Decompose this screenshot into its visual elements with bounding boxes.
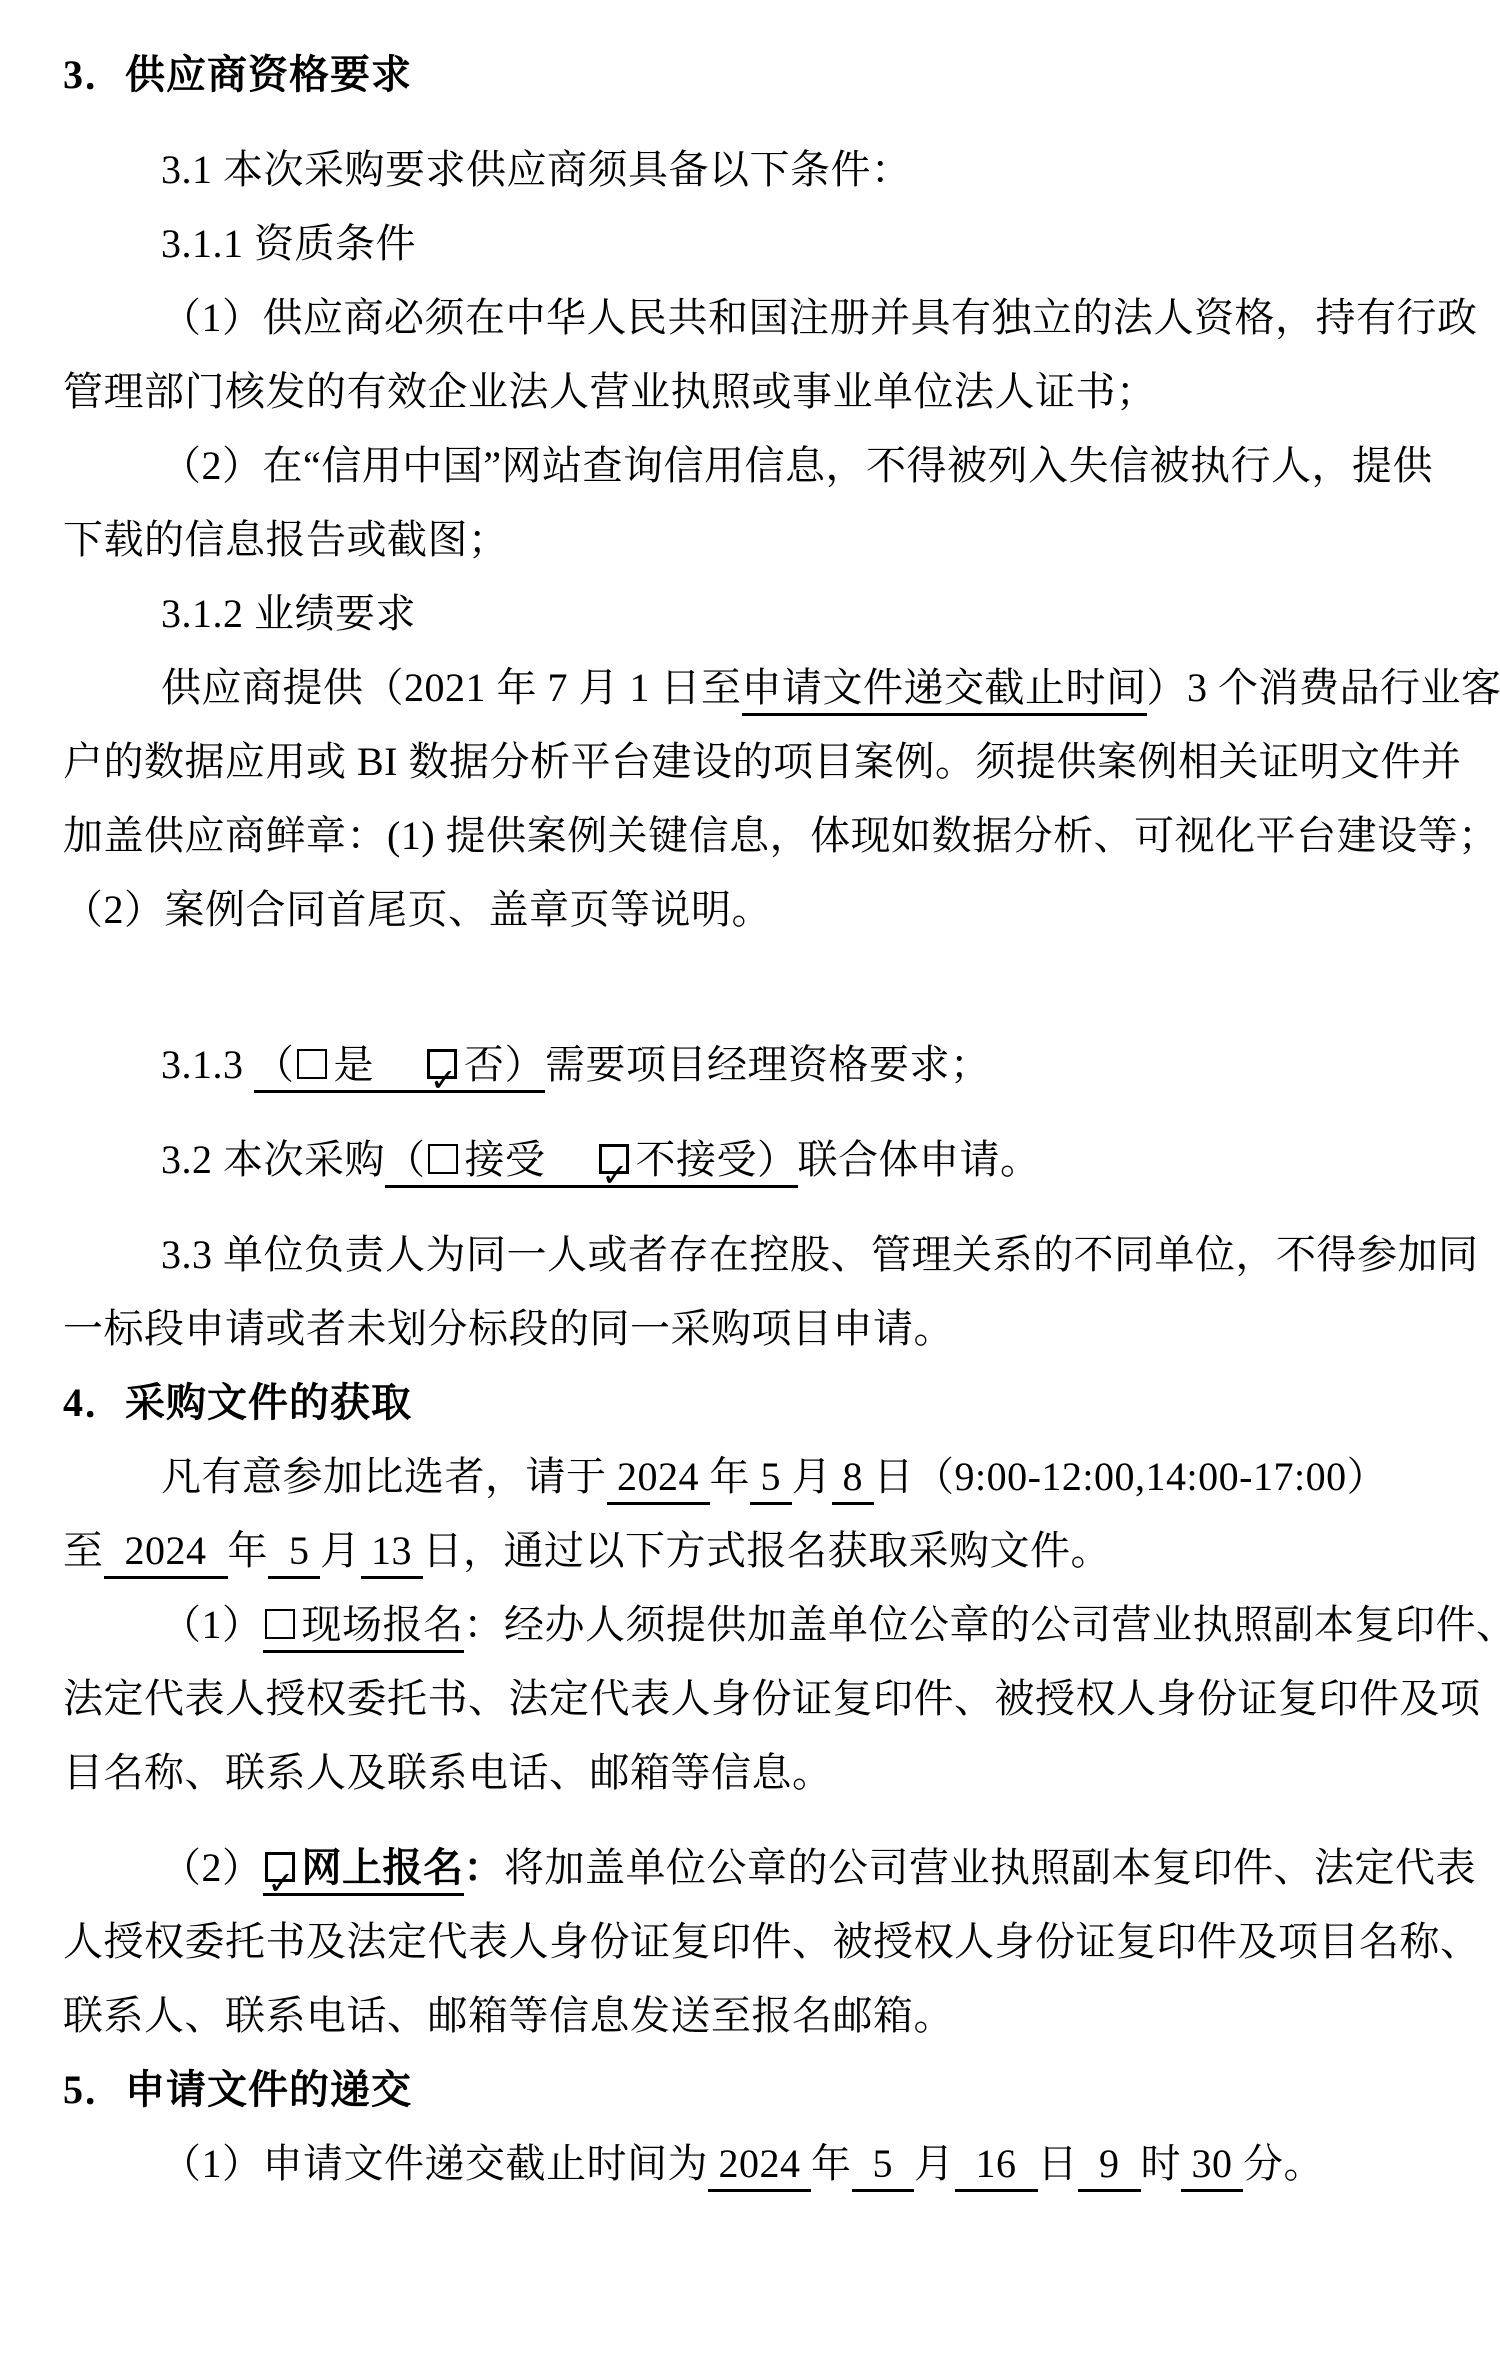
registration-start-month: 5	[750, 1454, 792, 1505]
onsite-registration-checkbox	[263, 1602, 302, 1653]
text-segment: 年	[811, 2141, 852, 2186]
text-segment: 月	[792, 1454, 833, 1499]
text-segment: 日，通过以下方式报名获取采购文件。	[423, 1528, 1112, 1573]
clause-3-3-line-2: 一标段申请或者未划分标段的同一采购项目申请。	[63, 1292, 1440, 1366]
text-segment: 目名称、联系人及联系电话、邮箱等信息。	[63, 1750, 833, 1795]
registration-end-year: 2024	[104, 1528, 228, 1579]
text-segment: （2）	[161, 1845, 263, 1890]
clause-3-3-line-1: 3.3 单位负责人为同一人或者存在控股、管理关系的不同单位，不得参加同	[63, 1218, 1440, 1292]
text-segment: 是	[334, 1042, 426, 1093]
text-segment: 需要项目经理资格要求；	[545, 1042, 991, 1087]
text-segment: （1）	[161, 1602, 263, 1647]
consortium-accept-checkbox	[426, 1137, 465, 1188]
text-segment: （	[385, 1137, 426, 1188]
clause-4-para-line-1: 凡有意参加比选者，请于 2024 年 5 月 8 日（9:00-12:00,14…	[63, 1440, 1440, 1514]
text-segment: 日（9:00-12:00,14:00-17:00）	[874, 1454, 1388, 1499]
text-segment: 3.1.2 业绩要求	[161, 591, 416, 636]
text-segment: 现场报名	[302, 1602, 464, 1653]
registration-end-month: 5	[268, 1528, 320, 1579]
clause-3-1-2-para-line-3: 加盖供应商鲜章：(1) 提供案例关键信息，体现如数据分析、可视化平台建设等；	[63, 799, 1440, 873]
clause-4-item-1-line-3: 目名称、联系人及联系电话、邮箱等信息。	[63, 1736, 1440, 1810]
text-segment: 3.1.1 资质条件	[161, 221, 416, 266]
section-4-heading: 4．采购文件的获取	[63, 1366, 1440, 1440]
submission-deadline-day: 16	[955, 2141, 1038, 2192]
submission-deadline-month: 5	[852, 2141, 915, 2192]
text-segment: （1）供应商必须在中华人民共和国注册并具有独立的法人资格，持有行政	[161, 295, 1478, 340]
text-segment: 3.3 单位负责人为同一人或者存在控股、管理关系的不同单位，不得参加同	[161, 1232, 1479, 1277]
clause-3-1-3: 3.1.3 （是 否）需要项目经理资格要求；	[63, 1028, 1440, 1102]
text-segment: 年	[710, 1454, 751, 1499]
checkbox-unchecked-icon	[297, 1049, 327, 1079]
text-segment: 3.1.3	[161, 1042, 254, 1087]
clause-5-item-1: （1）申请文件递交截止时间为 2024 年 5 月 16 日 9 时 30 分。	[63, 2127, 1440, 2201]
clause-3-1-1-item-2-line-2: 下载的信息报告或截图；	[63, 503, 1440, 577]
text-segment: 将加盖单位公章的公司营业执照副本复印件、法定代表	[504, 1845, 1476, 1890]
clause-3-2: 3.2 本次采购（接受 不接受）联合体申请。	[63, 1123, 1440, 1197]
clause-3-1-2-para-line-1: 供应商提供（2021 年 7 月 1 日至申请文件递交截止时间）3 个消费品行业…	[63, 651, 1440, 725]
checkbox-checked-icon	[265, 1852, 295, 1882]
text-segment: 月	[320, 1528, 361, 1573]
text-segment: ：	[464, 1845, 505, 1890]
clause-4-item-1-line-1: （1）现场报名：经办人须提供加盖单位公章的公司营业执照副本复印件、	[63, 1588, 1440, 1662]
text-segment: 网上报名	[302, 1845, 464, 1896]
text-segment: （2）案例合同首尾页、盖章页等说明。	[63, 887, 772, 932]
text-segment: 年	[228, 1528, 269, 1573]
text-segment: 法定代表人授权委托书、法定代表人身份证复印件、被授权人身份证复印件及项	[63, 1676, 1481, 1721]
clause-3-1: 3.1 本次采购要求供应商须具备以下条件：	[63, 133, 1440, 207]
text-segment: 凡有意参加比选者，请于	[161, 1454, 607, 1499]
text-segment: ：经办人须提供加盖单位公章的公司营业执照副本复印件、	[464, 1602, 1500, 1647]
pm-requirement-no-checkbox	[425, 1042, 464, 1093]
clause-4-item-2-line-3: 联系人、联系电话、邮箱等信息发送至报名邮箱。	[63, 1979, 1440, 2053]
section-3-heading: 3．供应商资格要求	[63, 38, 1440, 112]
checkbox-unchecked-icon	[265, 1609, 295, 1639]
text-segment: 5．申请文件的递交	[63, 2067, 412, 2112]
text-segment: （2）在“信用中国”网站查询信用信息，不得被列入失信被执行人，提供	[161, 443, 1433, 488]
text-segment: 日	[1038, 2141, 1079, 2186]
registration-end-day: 13	[361, 1528, 423, 1579]
submission-deadline-hour: 9	[1078, 2141, 1141, 2192]
clause-3-1-2-para-line-4: （2）案例合同首尾页、盖章页等说明。	[63, 873, 1440, 947]
registration-start-day: 8	[832, 1454, 874, 1505]
document-page: 3．供应商资格要求3.1 本次采购要求供应商须具备以下条件：3.1.1 资质条件…	[0, 0, 1500, 2363]
text-segment: 否）	[464, 1042, 545, 1093]
registration-start-year: 2024	[607, 1454, 710, 1505]
text-segment: 3.1 本次采购要求供应商须具备以下条件：	[161, 147, 912, 192]
text-segment: ）3 个消费品行业客	[1147, 665, 1500, 710]
text-segment: （1）申请文件递交截止时间为	[161, 2141, 708, 2186]
checkbox-checked-icon	[427, 1049, 457, 1079]
text-segment: 分。	[1243, 2141, 1324, 2186]
clause-4-item-1-line-2: 法定代表人授权委托书、法定代表人身份证复印件、被授权人身份证复印件及项	[63, 1662, 1440, 1736]
deadline-reference-underlined: 申请文件递交截止时间	[742, 665, 1147, 716]
pm-requirement-yes-checkbox	[295, 1042, 334, 1093]
submission-deadline-year: 2024	[708, 2141, 811, 2192]
clause-3-1-2-heading: 3.1.2 业绩要求	[63, 577, 1440, 651]
text-segment: 加盖供应商鲜章：(1) 提供案例关键信息，体现如数据分析、可视化平台建设等；	[63, 813, 1499, 858]
text-segment: 联合体申请。	[798, 1137, 1041, 1182]
clause-4-para-line-2: 至 2024 年 5 月 13 日，通过以下方式报名获取采购文件。	[63, 1514, 1440, 1588]
text-segment: 接受	[465, 1137, 597, 1188]
section-5-heading: 5．申请文件的递交	[63, 2053, 1440, 2127]
text-segment: 管理部门核发的有效企业法人营业执照或事业单位法人证书；	[63, 369, 1157, 414]
clause-3-1-1-heading: 3.1.1 资质条件	[63, 207, 1440, 281]
clause-3-1-1-item-1-line-1: （1）供应商必须在中华人民共和国注册并具有独立的法人资格，持有行政	[63, 281, 1440, 355]
clause-3-1-2-para-line-2: 户的数据应用或 BI 数据分析平台建设的项目案例。须提供案例相关证明文件并	[63, 725, 1440, 799]
online-registration-checkbox	[263, 1845, 302, 1896]
text-segment: 时	[1141, 2141, 1182, 2186]
text-segment: （	[254, 1042, 295, 1093]
clause-4-item-2-line-1: （2）网上报名：将加盖单位公章的公司营业执照副本复印件、法定代表	[63, 1831, 1440, 1905]
text-segment: 3．供应商资格要求	[63, 52, 412, 97]
clause-3-1-1-item-2-line-1: （2）在“信用中国”网站查询信用信息，不得被列入失信被执行人，提供	[63, 429, 1440, 503]
text-segment: 至	[63, 1528, 104, 1573]
text-segment: 人授权委托书及法定代表人身份证复印件、被授权人身份证复印件及项目名称、	[63, 1919, 1481, 1964]
clause-3-1-1-item-1-line-2: 管理部门核发的有效企业法人营业执照或事业单位法人证书；	[63, 355, 1440, 429]
text-segment: 不接受）	[636, 1137, 798, 1188]
checkbox-unchecked-icon	[428, 1144, 458, 1174]
text-segment: 下载的信息报告或截图；	[63, 517, 509, 562]
text-segment: 月	[914, 2141, 955, 2186]
text-segment: 3.2 本次采购	[161, 1137, 385, 1182]
submission-deadline-minute: 30	[1181, 2141, 1243, 2192]
text-segment: 4．采购文件的获取	[63, 1380, 412, 1425]
text-segment: 一标段申请或者未划分标段的同一采购项目申请。	[63, 1306, 954, 1351]
document-content: 3．供应商资格要求3.1 本次采购要求供应商须具备以下条件：3.1.1 资质条件…	[63, 38, 1440, 2201]
consortium-not-accept-checkbox	[597, 1137, 636, 1188]
text-segment: 联系人、联系电话、邮箱等信息发送至报名邮箱。	[63, 1993, 954, 2038]
text-segment: 户的数据应用或 BI 数据分析平台建设的项目案例。须提供案例相关证明文件并	[63, 739, 1462, 784]
checkbox-checked-icon	[599, 1144, 629, 1174]
text-segment: 供应商提供（2021 年 7 月 1 日至	[161, 665, 742, 710]
